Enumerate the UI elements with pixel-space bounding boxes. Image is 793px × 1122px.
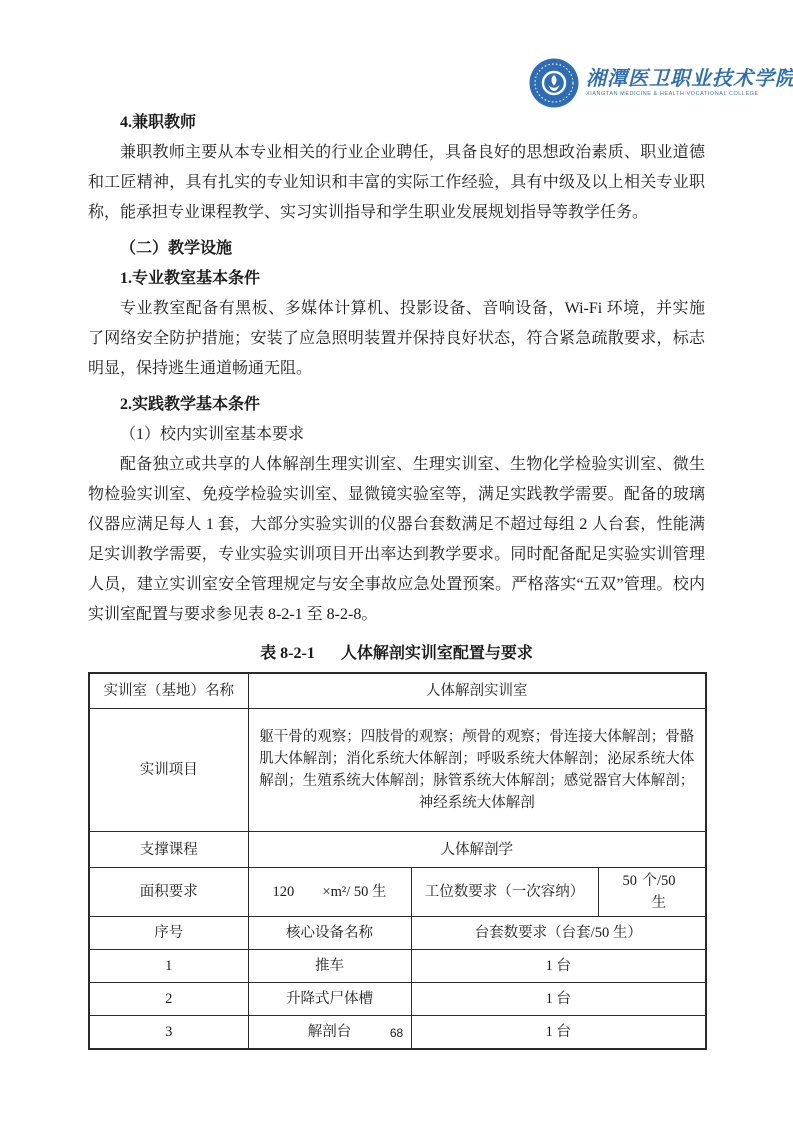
table-caption-label: 表 8-2-1 [260, 645, 315, 662]
heading-teaching-facilities: （二）教学设施 [88, 234, 705, 264]
cell-room-value: 人体解剖实训室 [248, 673, 706, 709]
document-content: 4.兼职教师 兼职教师主要从本专业相关的行业企业聘任，具备良好的思想政治素质、职… [88, 108, 705, 1050]
table-row-area: 面积要求 120 ×m²/ 50 生 工位数要求（一次容纳） 50 个/50 生 [89, 868, 706, 917]
cell-col-equipment: 核心设备名称 [248, 917, 411, 950]
table-row-equipment-1: 1 推车 1 台 [89, 950, 706, 983]
cell-courses-value: 人体解剖学 [248, 832, 706, 868]
cell-area-value: 120 ×m²/ 50 生 [248, 868, 411, 917]
college-name-zh: 湘潭医卫职业技术学院 [586, 69, 793, 89]
cell-equip-2-no: 2 [89, 983, 248, 1016]
heading-part-time-teachers: 4.兼职教师 [88, 108, 705, 138]
table-row-room-name: 实训室（基地）名称 人体解剖实训室 [89, 673, 706, 709]
cell-equip-1-no: 1 [89, 950, 248, 983]
capacity-number: 50 [623, 870, 638, 892]
cell-capacity-label: 工位数要求（一次容纳） [411, 868, 598, 917]
table-caption-title: 人体解剖实训室配置与要求 [341, 645, 533, 662]
cell-projects-value: 躯干骨的观察；四肢骨的观察；颅骨的观察；骨连接大体解剖；骨骼肌大体解剖；消化系统… [248, 709, 706, 832]
heading-classroom-conditions: 1.专业教室基本条件 [88, 264, 705, 294]
subheading-campus-training-rooms: （1）校内实训室基本要求 [88, 420, 705, 450]
cell-area-label: 面积要求 [89, 868, 248, 917]
cell-col-no: 序号 [89, 917, 248, 950]
table-row-equipment-header: 序号 核心设备名称 台套数要求（台套/50 生） [89, 917, 706, 950]
table-caption: 表 8-2-1人体解剖实训室配置与要求 [88, 642, 705, 666]
training-room-table: 实训室（基地）名称 人体解剖实训室 实训项目 躯干骨的观察；四肢骨的观察；颅骨的… [88, 672, 707, 1050]
cell-equip-2-qty: 1 台 [411, 983, 706, 1016]
college-name-block: 湘潭医卫职业技术学院 XIANGTAN MEDICINE & HEALTH VO… [586, 69, 793, 98]
area-unit: ×m²/ 50 生 [322, 881, 386, 903]
cell-col-sets: 台套数要求（台套/50 生） [411, 917, 706, 950]
heading-practice-conditions: 2.实践教学基本条件 [88, 390, 705, 420]
paragraph-classroom-conditions: 专业教室配备有黑板、多媒体计算机、投影设备、音响设备，Wi-Fi 环境，并实施了… [88, 294, 705, 384]
capacity-unit: 个/50 生 [637, 870, 681, 914]
page-number: 68 [0, 1026, 793, 1040]
cell-equip-2-name: 升降式尸体槽 [248, 983, 411, 1016]
cell-courses-label: 支撑课程 [89, 832, 248, 868]
document-page: 湘潭医卫职业技术学院 XIANGTAN MEDICINE & HEALTH VO… [0, 0, 793, 1122]
college-logo: 湘潭医卫职业技术学院 XIANGTAN MEDICINE & HEALTH VO… [529, 58, 793, 108]
paragraph-campus-training-rooms: 配备独立或共享的人体解剖生理实训室、生理实训室、生物化学检验实训室、微生物检验实… [88, 450, 705, 630]
cell-projects-label: 实训项目 [89, 709, 248, 832]
college-name-en: XIANGTAN MEDICINE & HEALTH VOCATIONAL CO… [586, 92, 793, 98]
table-row-projects: 实训项目 躯干骨的观察；四肢骨的观察；颅骨的观察；骨连接大体解剖；骨骼肌大体解剖… [89, 709, 706, 832]
cell-equip-1-qty: 1 台 [411, 950, 706, 983]
cell-room-label: 实训室（基地）名称 [89, 673, 248, 709]
cell-capacity-value: 50 个/50 生 [598, 868, 706, 917]
table-row-equipment-2: 2 升降式尸体槽 1 台 [89, 983, 706, 1016]
paragraph-part-time-teachers: 兼职教师主要从本专业相关的行业企业聘任，具备良好的思想政治素质、职业道德和工匠精… [88, 138, 705, 228]
cell-equip-1-name: 推车 [248, 950, 411, 983]
table-row-courses: 支撑课程 人体解剖学 [89, 832, 706, 868]
college-seal-icon [529, 58, 579, 108]
area-number: 120 [273, 881, 295, 903]
